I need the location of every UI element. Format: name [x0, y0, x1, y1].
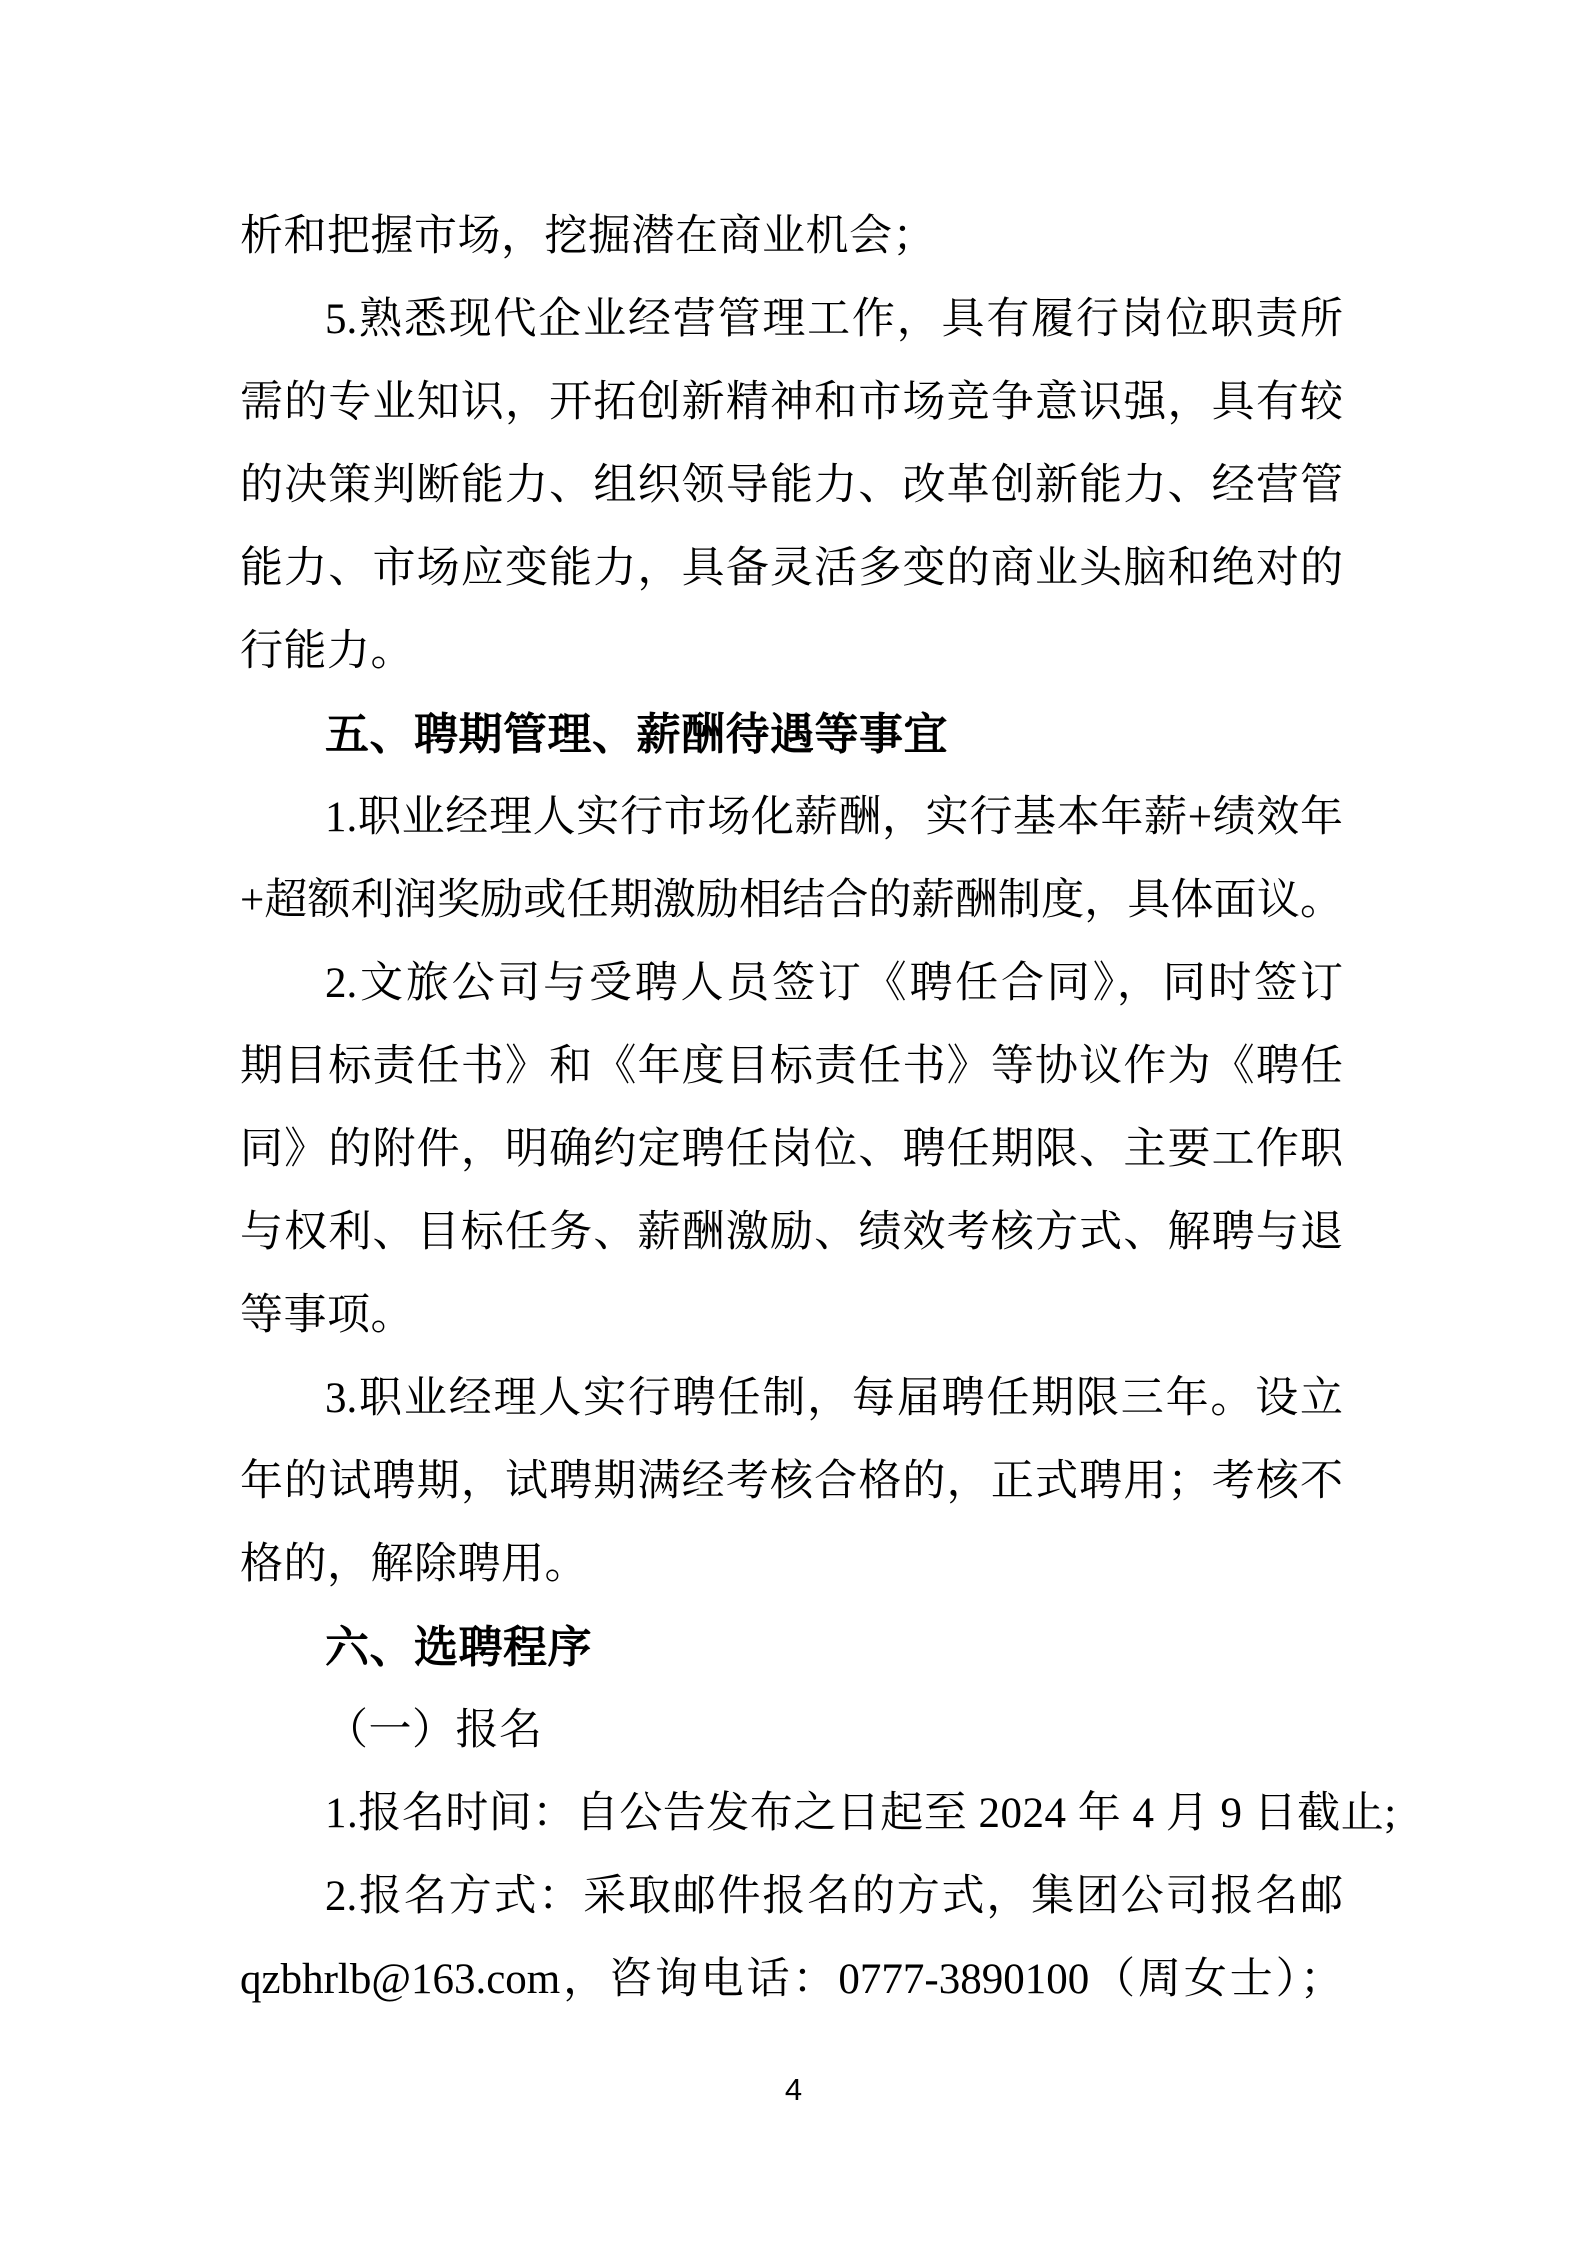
text-line: 能力、市场应变能力，具备灵活多变的商业头脑和绝对的执 — [240, 527, 1343, 610]
text-line: 1.职业经理人实行市场化薪酬，实行基本年薪+绩效年薪 — [240, 776, 1343, 859]
text-line: （一）报名 — [240, 1689, 1343, 1772]
text-line: 与权利、目标任务、薪酬激励、绩效考核方式、解聘与退出 — [240, 1191, 1343, 1274]
text-line: 等事项。 — [240, 1274, 1343, 1357]
text-line: 1.报名时间：自公告发布之日起至 2024 年 4 月 9 日截止; — [240, 1772, 1343, 1855]
text-line: 3.职业经理人实行聘任制，每届聘任期限三年。设立一 — [240, 1357, 1343, 1440]
text-line: 需的专业知识，开拓创新精神和市场竞争意识强，具有较强 — [240, 361, 1343, 444]
document-text: 析和把握市场，挖掘潜在商业机会；5.熟悉现代企业经营管理工作，具有履行岗位职责所… — [240, 195, 1343, 2021]
page-number: 4 — [0, 2070, 1587, 2110]
text-line: 格的，解除聘用。 — [240, 1523, 1343, 1606]
text-line: 2.报名方式：采取邮件报名的方式，集团公司报名邮箱： — [240, 1855, 1343, 1938]
text-line: 同》的附件，明确约定聘任岗位、聘任期限、主要工作职责 — [240, 1108, 1343, 1191]
text-line: qzbhrlb@163.com，咨询电话：0777-3890100（周女士）；报 — [240, 1938, 1343, 2021]
text-line: 六、选聘程序 — [240, 1606, 1343, 1689]
text-line: 2.文旅公司与受聘人员签订《聘任合同》，同时签订《聘 — [240, 942, 1343, 1025]
text-line: 年的试聘期，试聘期满经考核合格的，正式聘用；考核不合 — [240, 1440, 1343, 1523]
text-line: 5.熟悉现代企业经营管理工作，具有履行岗位职责所必 — [240, 278, 1343, 361]
text-line: 五、聘期管理、薪酬待遇等事宜 — [240, 693, 1343, 776]
text-line: 的决策判断能力、组织领导能力、改革创新能力、经营管理 — [240, 444, 1343, 527]
text-line: 析和把握市场，挖掘潜在商业机会； — [240, 195, 1343, 278]
text-line: +超额利润奖励或任期激励相结合的薪酬制度，具体面议。 — [240, 859, 1343, 942]
text-line: 期目标责任书》和《年度目标责任书》等协议作为《聘任合 — [240, 1025, 1343, 1108]
text-line: 行能力。 — [240, 610, 1343, 693]
document-page: 析和把握市场，挖掘潜在商业机会；5.熟悉现代企业经营管理工作，具有履行岗位职责所… — [0, 0, 1587, 2245]
